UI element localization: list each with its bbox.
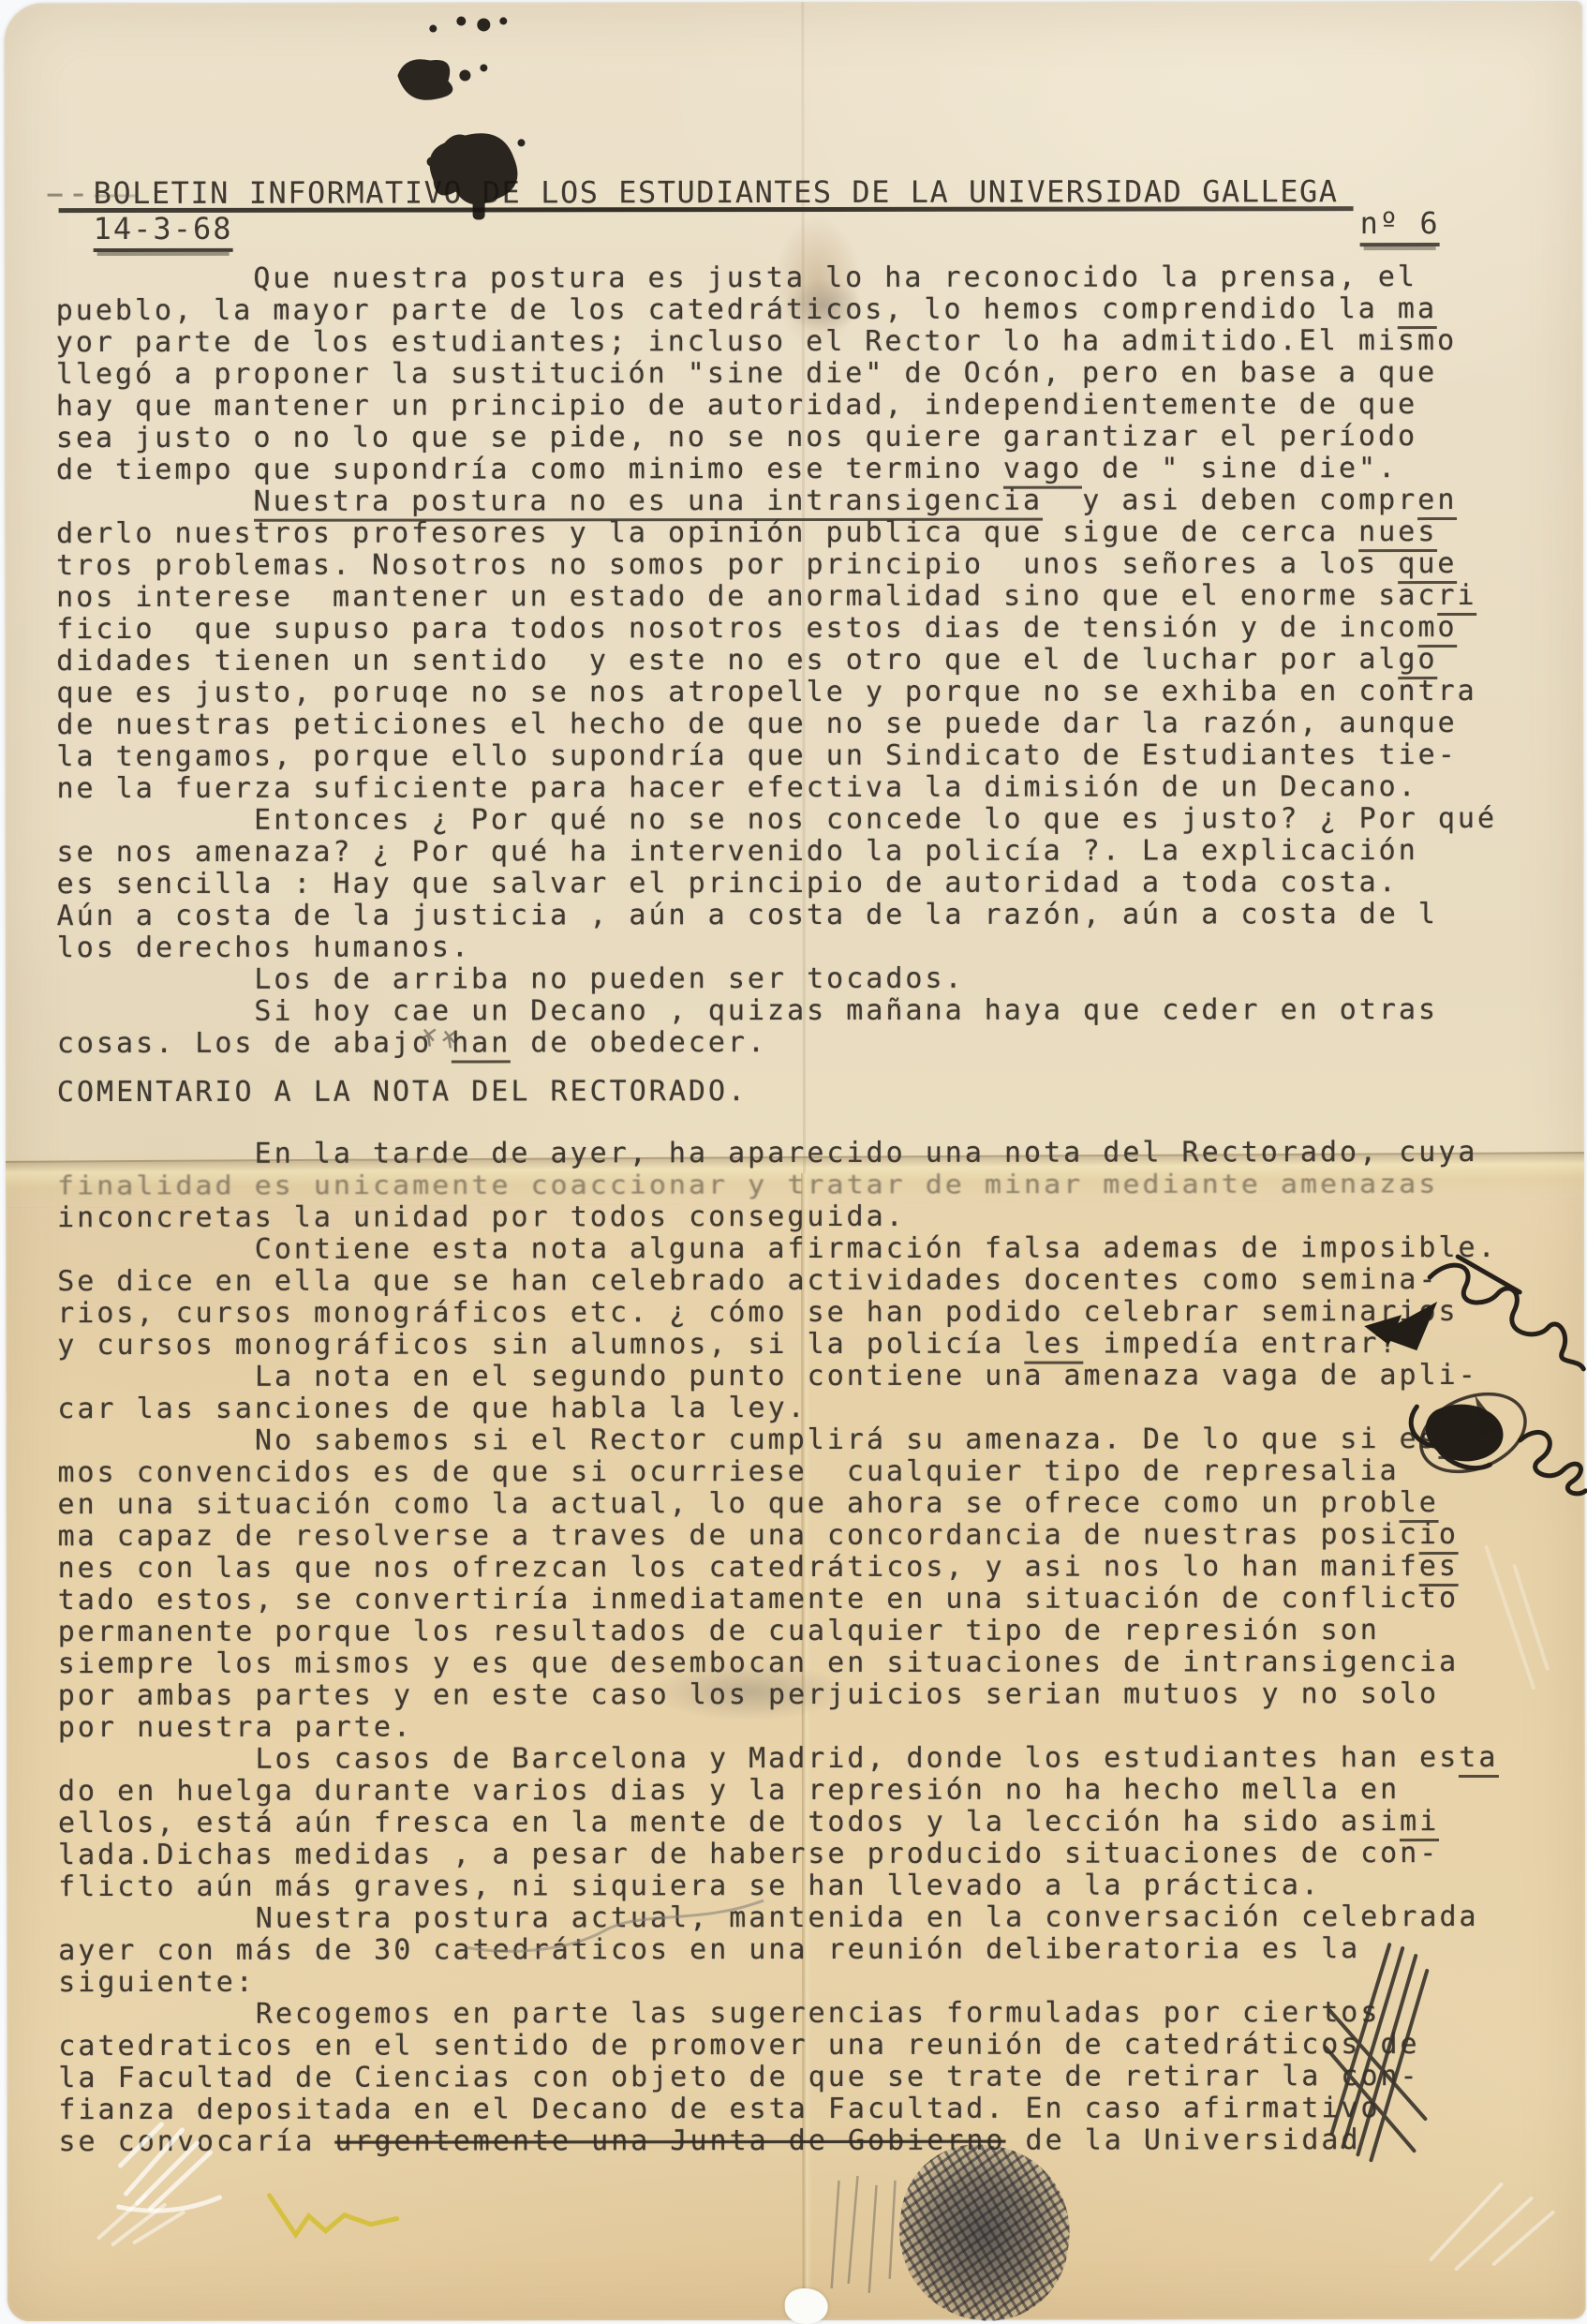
scanned-bulletin: BOLETIN INFORMATIVO DE LOS ESTUDIANTES D… xyxy=(0,0,1587,2324)
text-line: Nuestra postura no es una intransigencia… xyxy=(56,484,1551,518)
document-page: BOLETIN INFORMATIVO DE LOS ESTUDIANTES D… xyxy=(4,1,1585,2321)
crease-scar-left-lower xyxy=(90,2186,202,2252)
text-line: los derechos humanos. xyxy=(57,931,1552,964)
text-line: siguiente: xyxy=(58,1965,1553,1999)
paragraph: Contiene esta nota alguna afirmación fal… xyxy=(57,1232,1552,1362)
text-line: y cursos monográficos sin alumnos, si la… xyxy=(57,1328,1552,1362)
text-line: Si hoy cae un Decano , quizas mañana hay… xyxy=(57,994,1552,1028)
text-line: mos convencidos es de que si ocurriese c… xyxy=(57,1455,1552,1489)
paragraph: Los casos de Barcelona y Madrid, donde l… xyxy=(58,1742,1553,1903)
paragraph: Los de arriba no pueden ser tocados. xyxy=(57,962,1552,996)
text-line: Los casos de Barcelona y Madrid, donde l… xyxy=(58,1742,1553,1776)
text-line: derlo nuestros profesores y la opinión p… xyxy=(56,516,1551,550)
text-line: se nos amenaza? ¿ Por qué ha intervenido… xyxy=(57,835,1552,869)
text-line: ellos, está aún fresca en la mente de to… xyxy=(58,1806,1553,1840)
text-line: Aún a costa de la justicia , aún a costa… xyxy=(57,899,1552,932)
text-line: finalidad es unicamente coaccionar y tra… xyxy=(57,1169,1552,1201)
text-line: flicto aún más graves, ni siquiera se ha… xyxy=(58,1870,1553,1903)
text-line: la tengamos, porque ello supondría que u… xyxy=(56,739,1551,773)
issue-number: nº 6 xyxy=(1360,205,1440,246)
paragraph: Si hoy cae un Decano , quizas mañana hay… xyxy=(57,994,1552,1060)
text-line: Nuestra postura actual, mantenida en la … xyxy=(58,1901,1553,1935)
text-line: en una situación como la actual, lo que … xyxy=(57,1487,1552,1521)
text-line: En la tarde de ayer, ha aparecido una no… xyxy=(57,1137,1552,1170)
paragraph: Entonces ¿ Por qué no se nos concede lo … xyxy=(56,803,1551,964)
text-line: de nuestras peticiones el hecho de que n… xyxy=(56,708,1551,741)
section-heading: COMENTARIO A LA NOTA DEL RECTORADO. xyxy=(57,1075,1552,1109)
text-line: lada.Dichas medidas , a pesar de haberse… xyxy=(58,1838,1553,1871)
text-line: No sabemos si el Rector cumplirá su amen… xyxy=(57,1423,1552,1457)
text-line: siempre los mismos y es que desembocan e… xyxy=(58,1646,1553,1680)
text-line: por nuestra parte. xyxy=(58,1710,1553,1744)
paragraph: Nuestra postura actual, mantenida en la … xyxy=(58,1901,1553,1999)
bulletin-date: 14-3-68 xyxy=(94,211,233,252)
text-line: ma capaz de resolverse a traves de una c… xyxy=(58,1519,1553,1553)
title-underline-rule xyxy=(59,206,1354,213)
paragraph: Que nuestra postura es justa lo ha recon… xyxy=(56,261,1551,486)
text-line: catedraticos en el sentido de promover u… xyxy=(58,2029,1553,2063)
text-line: COMENTARIO A LA NOTA DEL RECTORADO. xyxy=(57,1075,1552,1109)
text-line: pueblo, la mayor parte de los catedrátic… xyxy=(56,293,1551,327)
paragraph: En la tarde de ayer, ha aparecido una no… xyxy=(57,1137,1552,1234)
text-line: nos interese mantener un estado de anorm… xyxy=(56,580,1551,614)
text-line: sea justo o no lo que se pide, no se nos… xyxy=(56,421,1551,454)
typewritten-body: Que nuestra postura es justa lo ha recon… xyxy=(56,261,1554,2158)
text-line: Contiene esta nota alguna afirmación fal… xyxy=(57,1232,1552,1266)
text-line: ayer con más de 30 catedráticos en una r… xyxy=(58,1933,1553,1967)
text-line: La nota en el segundo punto contiene una… xyxy=(57,1360,1552,1393)
text-line: Los de arriba no pueden ser tocados. xyxy=(57,962,1552,996)
paragraph: No sabemos si el Rector cumplirá su amen… xyxy=(57,1423,1552,1744)
bulletin-title: BOLETIN INFORMATIVO DE LOS ESTUDIANTES D… xyxy=(94,173,1339,211)
text-line: tado estos, se convertiría inmediatament… xyxy=(58,1583,1553,1616)
text-line: ficio que supuso para todos nosotros est… xyxy=(56,612,1551,646)
text-line: Se dice en ella que se han celebrado act… xyxy=(57,1264,1552,1298)
text-line: tros problemas. Nosotros no somos por pr… xyxy=(56,548,1551,582)
text-line: cosas. Los de abajo han de obedecer. xyxy=(57,1026,1552,1060)
text-line: car las sanciones de que habla la ley. xyxy=(57,1392,1552,1425)
text-line: hay que mantener un principio de autorid… xyxy=(56,389,1551,423)
text-line: rios, cursos monográficos etc. ¿ cómo se… xyxy=(57,1296,1552,1330)
crease-scar-right xyxy=(1417,2170,1567,2278)
text-line: inconcretas la unidad por todos consegui… xyxy=(57,1200,1552,1234)
text-line: por ambas partes y en este caso los perj… xyxy=(58,1678,1553,1712)
text-line: que es justo, poruqe no se nos atropelle… xyxy=(56,676,1551,709)
text-line: ne la fuerza suficiente para hacer efect… xyxy=(56,771,1551,805)
text-line: Que nuestra postura es justa lo ha recon… xyxy=(56,261,1551,295)
text-line: llegó a proponer la sustitución "sine di… xyxy=(56,357,1551,391)
yellow-marker-squiggle xyxy=(259,2188,408,2246)
paragraph: La nota en el segundo punto contiene una… xyxy=(57,1360,1552,1425)
text-line: didades tienen un sentido y este no es o… xyxy=(56,644,1551,678)
text-line: es sencilla : Hay que salvar el principi… xyxy=(57,867,1552,901)
paragraph: Nuestra postura no es una intransigencia… xyxy=(56,484,1551,805)
text-line: la Facultad de Ciencias con objeto de qu… xyxy=(58,2061,1553,2094)
text-line: de tiempo que supondría como minimo ese … xyxy=(56,453,1551,486)
text-line: Recogemos en parte las sugerencias formu… xyxy=(58,1997,1553,2031)
paragraph: Recogemos en parte las sugerencias formu… xyxy=(58,1997,1553,2158)
text-line: fianza depositada en el Decano de esta F… xyxy=(58,2093,1553,2126)
pencil-scribble-blob xyxy=(888,2135,1081,2324)
text-line: do en huelga durante varios dias y la re… xyxy=(58,1774,1553,1808)
text-line: nes con las que nos ofrezcan los catedrá… xyxy=(58,1551,1553,1585)
text-line: permanente porque los resultados de cual… xyxy=(58,1615,1553,1648)
bottom-edge-tear xyxy=(785,2288,828,2324)
text-line: se convocaría urgentemente una Junta de … xyxy=(58,2124,1553,2158)
text-line: yor parte de los estudiantes; incluso el… xyxy=(56,325,1551,359)
text-line: Entonces ¿ Por qué no se nos concede lo … xyxy=(56,803,1551,837)
